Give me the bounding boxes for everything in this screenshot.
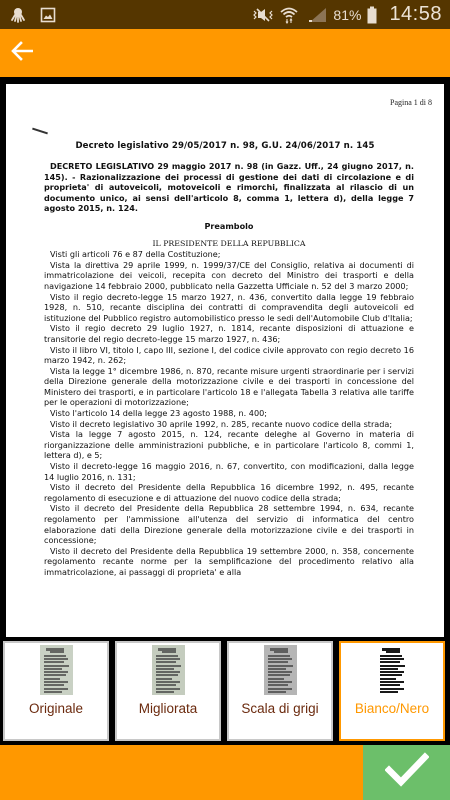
paragraph: Vista la direttiva 29 aprile 1999, n. 19… [44,260,414,292]
preamble-label: Preambolo [44,221,414,232]
thumbnail-text-line [268,658,292,660]
clock: 14:58 [389,3,442,26]
document-preview: Pagina 1 di 8 Decreto legislativo 29/05/… [0,77,450,640]
arrow-left-icon [11,41,33,66]
thumbnail-text-line [156,671,180,673]
thumbnail-text-line [162,651,176,653]
scan-mark [32,128,48,135]
thumbnail-text-line [268,671,292,673]
thumbnail-text-line [380,658,404,660]
paragraph: Vista la legge 7 agosto 2015, n. 124, re… [44,429,414,461]
thumbnail-text-line [268,665,293,667]
thumbnail-text-line [44,674,66,676]
status-bar-notifications [8,7,56,23]
thumbnail-text-line [44,684,64,686]
thumbnail-text-line [44,655,66,657]
document-body: DECRETO LEGISLATIVO 29 maggio 2017 n. 98… [44,161,414,578]
app-toolbar [0,29,450,77]
filter-label: Scala di grigi [241,701,318,716]
thumbnail-text-line [268,691,286,693]
thumbnail-text-line [44,691,62,693]
thumbnail-text-line [380,691,398,693]
status-bar: 81% 14:58 [0,0,450,29]
thumbnail-migliorata [152,645,185,695]
filter-originale[interactable]: Originale [3,641,109,741]
scanned-page: Pagina 1 di 8 Decreto legislativo 29/05/… [6,84,444,637]
thumbnail-text-line [44,681,68,683]
paragraph: Visto il libro VI, titolo I, capo III, s… [44,345,414,366]
thumbnail-text-line [50,651,64,653]
thumbnail-text-line [44,665,69,667]
filter-selector: Originale Migliorata Scala di grigi Bian… [0,640,450,745]
thumbnail-text-line [268,684,288,686]
filter-scala-di-grigi[interactable]: Scala di grigi [227,641,333,741]
paragraph: Visto il decreto legislativo 30 aprile 1… [44,419,414,430]
document-heading: DECRETO LEGISLATIVO 29 maggio 2017 n. 98… [44,161,414,214]
thumbnail-text-line [268,678,284,680]
thumbnail-text-line [268,674,290,676]
checkmark-icon [385,752,429,793]
thumbnail-text-line [156,661,176,663]
paragraph: Visto il regio decreto-legge 15 marzo 19… [44,292,414,324]
filter-bianco-nero[interactable]: Bianco/Nero [339,641,445,741]
thumbnail-text-line [156,658,180,660]
thumbnail-text-line [268,681,292,683]
thumbnail-text-line [156,665,181,667]
thumbnail-text-line [156,674,178,676]
thumbnail-text-line [156,655,178,657]
thumbnail-text-line [44,671,68,673]
thumbnail-text-line [386,651,400,653]
thumbnail-text-line [156,678,172,680]
filter-label: Originale [29,701,83,716]
thumbnail-text-line [380,678,396,680]
wifi-icon [279,6,299,24]
filter-label: Migliorata [139,701,198,716]
back-button[interactable] [0,29,46,77]
paragraph: Vista la legge 1° dicembre 1986, n. 870,… [44,366,414,408]
thumbnail-text-line [380,688,404,690]
thumbnail-text-line [156,688,180,690]
battery-icon [367,6,377,24]
battery-percent: 81% [333,7,361,23]
confirm-button[interactable] [363,745,450,800]
thumbnail-scala-di-grigi [264,645,297,695]
thumbnail-text-line [380,671,404,673]
thumbnail-text-line [156,668,174,670]
thumbnail-text-line [268,655,290,657]
gallery-notification-icon [40,7,56,23]
paragraph: Visto il decreto del Presidente della Re… [44,503,414,545]
document-title: Decreto legislativo 29/05/2017 n. 98, G.… [6,141,444,151]
thumbnail-text-line [380,661,400,663]
thumbnail-originale [40,645,73,695]
thumbnail-text-line [268,688,292,690]
thumbnail-text-line [380,665,405,667]
thumbnail-text-line [44,661,64,663]
paragraph: Visto il decreto del Presidente della Re… [44,482,414,503]
paragraph: Visto il decreto del Presidente della Re… [44,546,414,578]
thumbnail-text-line [380,668,398,670]
thumbnail-text-line [44,678,60,680]
paragraph: Visto l'articolo 14 della legge 23 agost… [44,408,414,419]
thumbnail-text-line [274,651,288,653]
octopus-notification-icon [10,7,26,23]
thumbnail-text-line [156,691,174,693]
thumbnail-text-line [380,674,402,676]
president-label: IL PRESIDENTE DELLA REPUBBLICA [44,239,414,250]
filter-migliorata[interactable]: Migliorata [115,641,221,741]
paragraph: Visto il regio decreto 29 luglio 1927, n… [44,323,414,344]
thumbnail-text-line [44,688,68,690]
paragraph: Visti gli articoli 76 e 87 della Costitu… [44,249,414,260]
filter-label: Bianco/Nero [355,701,429,716]
thumbnail-text-line [268,668,286,670]
thumbnail-bianco-nero [376,645,409,695]
thumbnail-text-line [380,684,400,686]
status-bar-system: 81% 14:58 [253,3,442,26]
bottom-action-bar [0,745,450,800]
thumbnail-text-line [44,668,62,670]
thumbnail-text-line [268,661,288,663]
paragraph: Visto il decreto-legge 16 maggio 2016, n… [44,461,414,482]
thumbnail-text-line [380,655,402,657]
cell-signal-icon [309,7,327,23]
thumbnail-text-line [44,658,68,660]
thumbnail-text-line [380,681,404,683]
vibrate-mute-icon [253,7,273,23]
thumbnail-text-line [156,681,180,683]
thumbnail-text-line [156,684,176,686]
page-number-label: Pagina 1 di 8 [390,98,432,107]
